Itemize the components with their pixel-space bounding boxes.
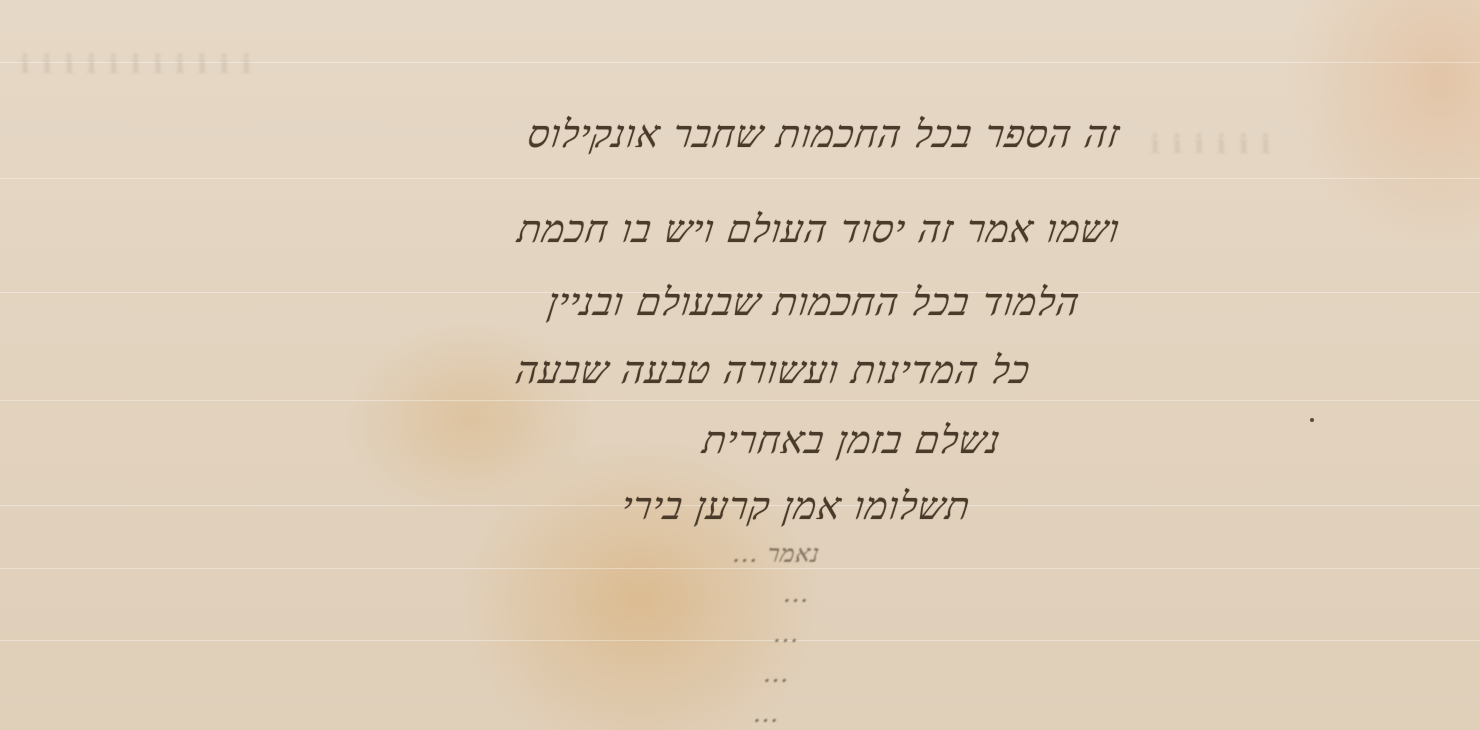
colophon-line-1: זה הספר בכל החכמות שחבר אונקילוס [525, 112, 1123, 157]
ruling-line [0, 400, 1480, 401]
ruling-line [0, 178, 1480, 179]
colophon-line-6: תשלומו אמן קרען בירי [619, 484, 974, 529]
faded-line-5: ... [752, 700, 782, 728]
manuscript-page: ℹ ℹ ℹ ℹ ℹ ℹ ℹ ℹ ℹ ℹ ℹ ℹ ℹ ℹ ℹ ℹ ℹ זה הספ… [0, 0, 1480, 730]
colophon-line-2: ושמו אמר זה יסוד העולם ויש בו חכמת [515, 207, 1123, 252]
bleed-through-text: ℹ ℹ ℹ ℹ ℹ ℹ ℹ ℹ ℹ ℹ ℹ [20, 50, 253, 80]
faded-line-4: ... [762, 660, 792, 688]
ink-dot [1310, 418, 1314, 422]
faded-line-2: ... [782, 580, 812, 608]
bleed-through-text: ℹ ℹ ℹ ℹ ℹ ℹ [1150, 130, 1273, 160]
faded-line-3: ... [772, 620, 802, 648]
colophon-line-3: הלמוד בכל החכמות שבעולם ובניין [545, 280, 1083, 325]
colophon-line-5: נשלם בזמן באחרית [699, 418, 1003, 463]
ruling-line [0, 640, 1480, 641]
faded-line-1: נאמר ... [731, 540, 822, 569]
colophon-line-4: כל המדינות ועשורה טבעה שבעה [513, 348, 1033, 393]
